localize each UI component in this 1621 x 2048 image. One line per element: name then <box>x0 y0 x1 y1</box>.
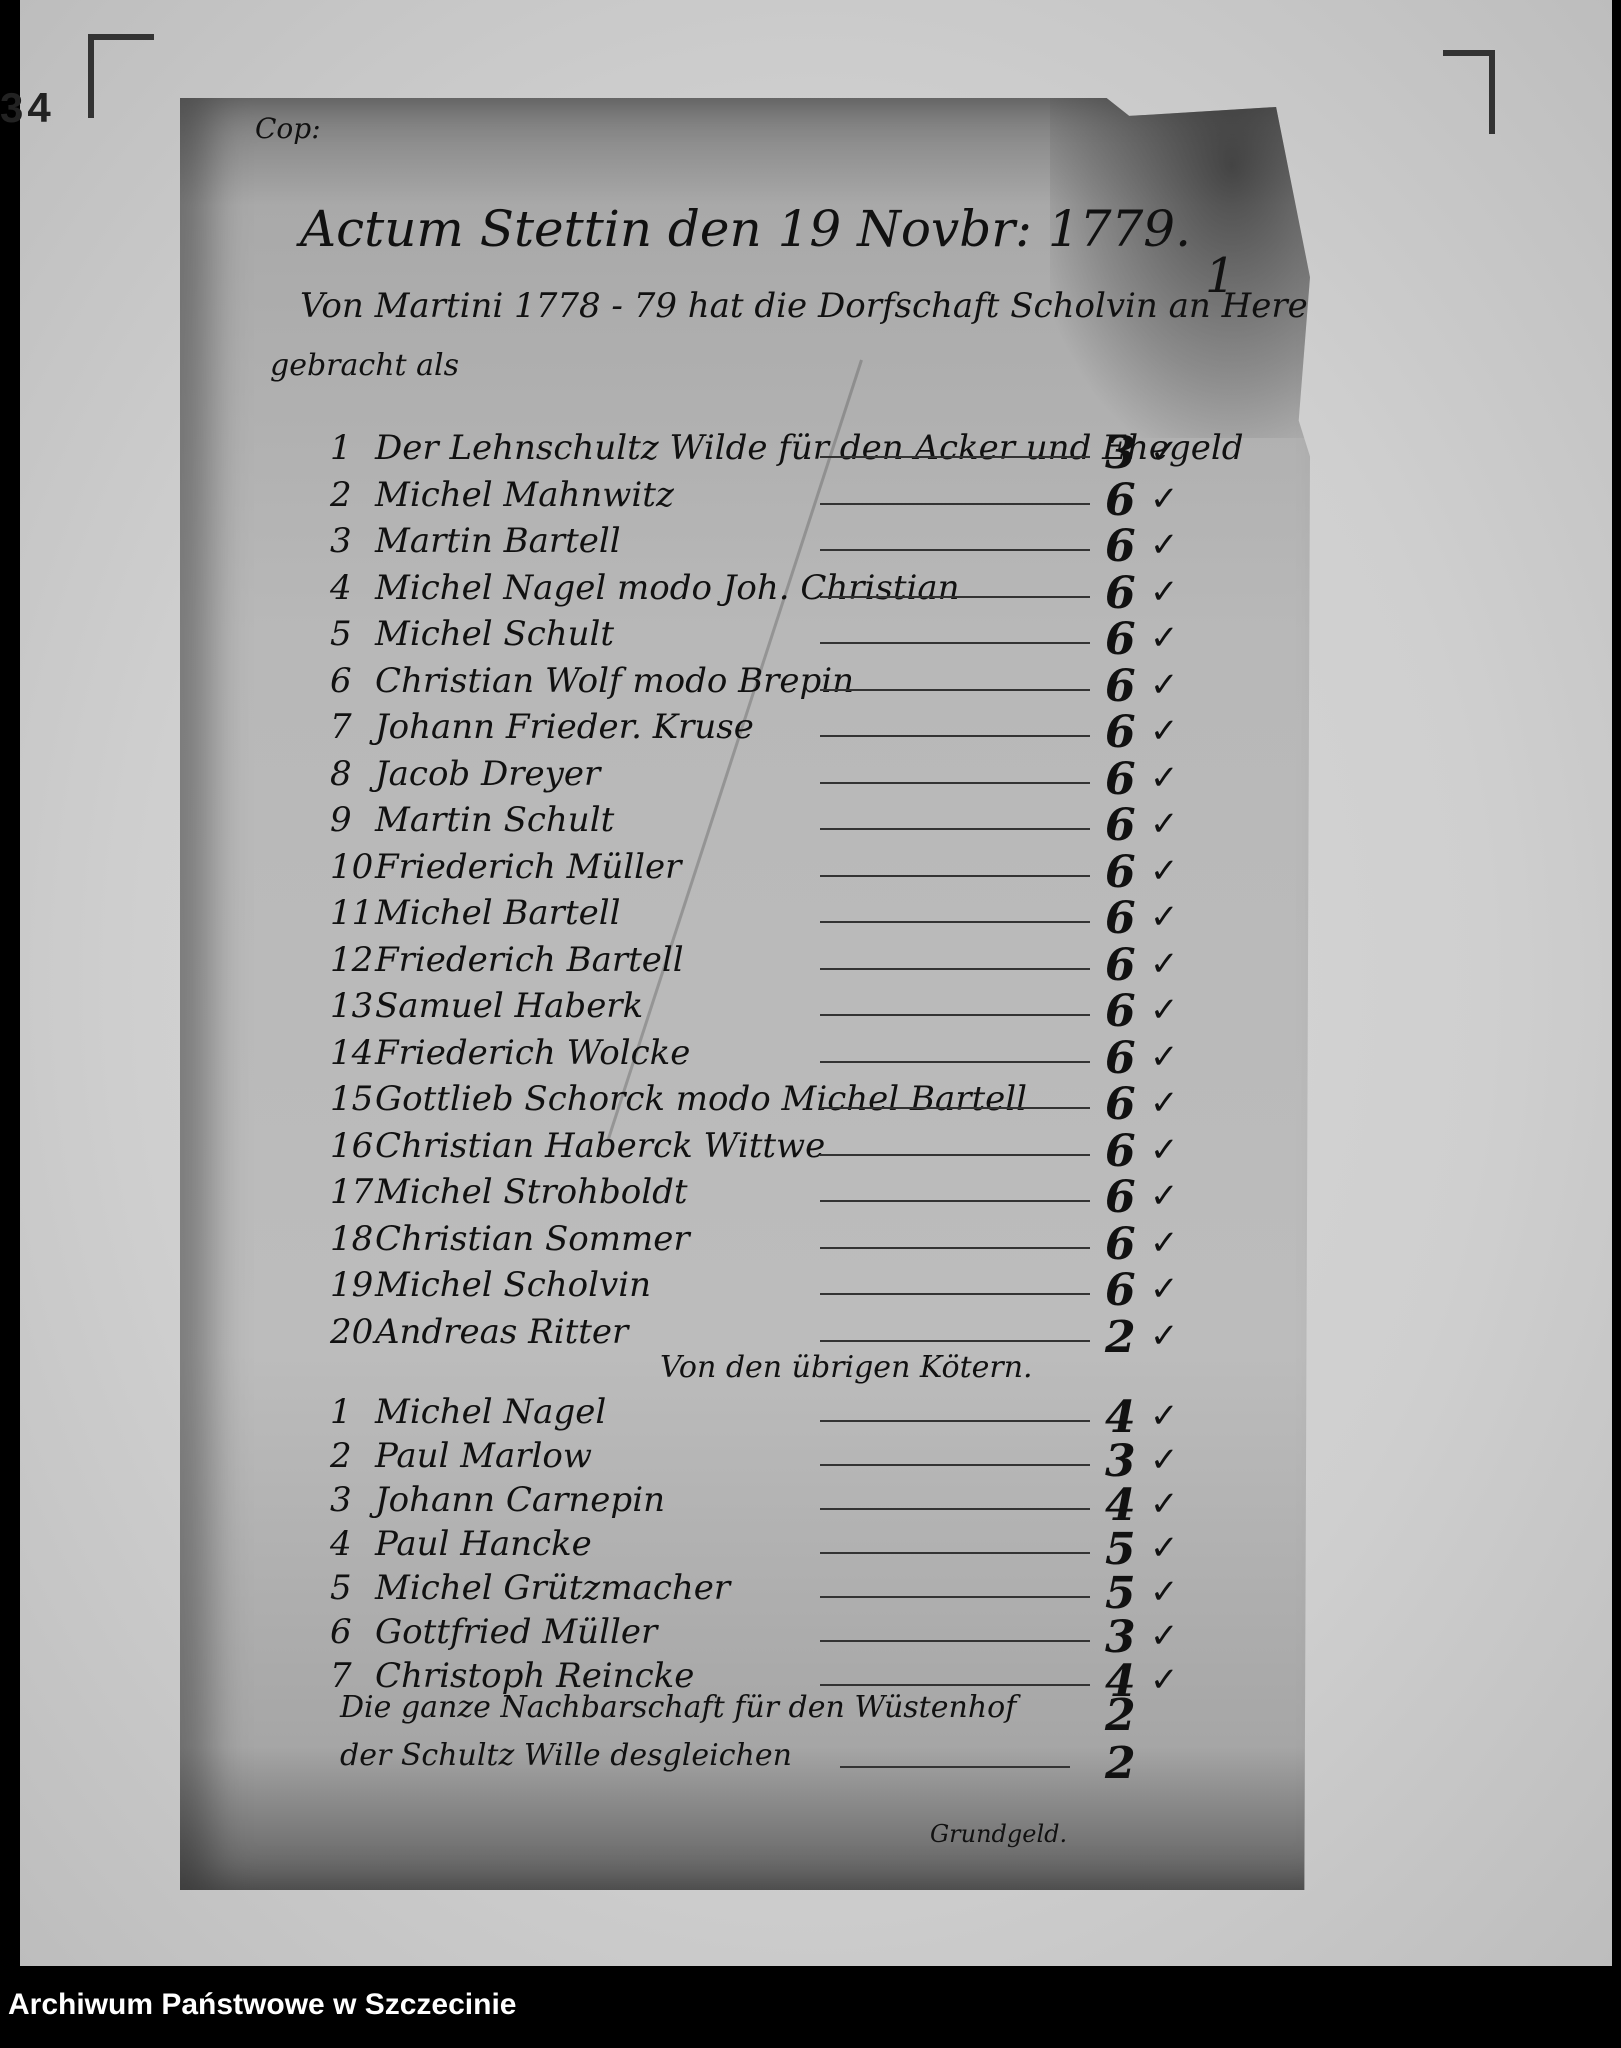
check-mark-icon: ✓ <box>1150 1316 1179 1356</box>
leader-line <box>820 1247 1090 1249</box>
table-row: 6Gottfried Müller3✓ <box>0 1612 1621 1658</box>
check-mark-icon: ✓ <box>1150 1176 1179 1216</box>
entry-number: 18 <box>330 1219 373 1259</box>
entry-number: 8 <box>330 754 352 794</box>
entry-name: Johann Frieder. Kruse <box>375 707 754 747</box>
entry-amount: 6 <box>1105 1033 1136 1084</box>
table-row: 5Michel Grützmacher5✓ <box>0 1568 1621 1614</box>
entry-name: Paul Hancke <box>375 1524 592 1564</box>
leader-line <box>820 549 1090 551</box>
leader-line <box>820 968 1090 970</box>
entry-name: Christian Sommer <box>375 1219 690 1259</box>
check-mark-icon: ✓ <box>1150 1396 1179 1436</box>
table-row: 15Gottlieb Schorck modo Michel Bartell6✓ <box>0 1079 1621 1125</box>
entry-amount: 6 <box>1105 661 1136 712</box>
entry-number: 10 <box>330 847 373 887</box>
leader-line <box>820 1464 1090 1466</box>
entry-number: 6 <box>330 661 352 701</box>
check-mark-icon: ✓ <box>1150 479 1179 519</box>
table-row: 14Friederich Wolcke6✓ <box>0 1033 1621 1079</box>
entry-name: Michel Strohboldt <box>375 1172 688 1212</box>
entry-number: 20 <box>330 1312 373 1352</box>
entry-name: Andreas Ritter <box>375 1312 628 1352</box>
entry-amount: 3 <box>1105 428 1136 479</box>
entry-name: Martin Schult <box>375 800 614 840</box>
leader-line <box>820 921 1090 923</box>
leader-line <box>820 689 1090 691</box>
entry-number: 2 <box>330 1436 352 1476</box>
leader-line <box>820 503 1090 505</box>
entry-number: 5 <box>330 1568 352 1608</box>
entry-name: Friederich Müller <box>375 847 681 887</box>
table-row: 18Christian Sommer6✓ <box>0 1219 1621 1265</box>
section-heading: Von den übrigen Kötern. <box>660 1350 1033 1385</box>
entry-number: 5 <box>330 614 352 654</box>
entry-number: 11 <box>330 893 373 933</box>
entry-amount: 6 <box>1105 568 1136 619</box>
table-row: 5Michel Schult6✓ <box>0 614 1621 660</box>
entry-name: Michel Scholvin <box>375 1265 651 1305</box>
leader-line <box>820 1340 1090 1342</box>
entry-amount: 6 <box>1105 847 1136 898</box>
table-row: 13Samuel Haberk6✓ <box>0 986 1621 1032</box>
leader-line <box>820 1640 1090 1642</box>
entry-number: 3 <box>330 521 352 561</box>
leader-line <box>820 456 1090 458</box>
entry-name: Michel Nagel <box>375 1392 606 1432</box>
entry-amount: 6 <box>1105 800 1136 851</box>
entry-name: Michel Bartell <box>375 893 620 933</box>
leader-line <box>820 1107 1090 1109</box>
entry-number: 4 <box>330 568 352 608</box>
check-mark-icon: ✓ <box>1150 618 1179 658</box>
table-row: 9Martin Schult6✓ <box>0 800 1621 846</box>
leader-line <box>820 1293 1090 1295</box>
check-mark-icon: ✓ <box>1150 1528 1179 1568</box>
entry-amount: 6 <box>1105 1079 1136 1130</box>
entry-amount: 6 <box>1105 1126 1136 1177</box>
entry-number: 12 <box>330 940 373 980</box>
check-mark-icon: ✓ <box>1150 1484 1179 1524</box>
check-mark-icon: ✓ <box>1150 525 1179 565</box>
entry-name: Johann Carnepin <box>375 1480 665 1520</box>
entry-amount: 6 <box>1105 986 1136 1037</box>
table-row: 7Johann Frieder. Kruse6✓ <box>0 707 1621 753</box>
table-row: 2Michel Mahnwitz6✓ <box>0 475 1621 521</box>
check-mark-icon: ✓ <box>1150 572 1179 612</box>
entry-amount: 6 <box>1105 475 1136 526</box>
check-mark-icon: ✓ <box>1150 897 1179 937</box>
entry-number: 4 <box>330 1524 352 1564</box>
table-row: 11Michel Bartell6✓ <box>0 893 1621 939</box>
closing-amount: 2 <box>1105 1738 1136 1789</box>
entry-amount: 6 <box>1105 1172 1136 1223</box>
entry-number: 2 <box>330 475 352 515</box>
check-mark-icon: ✓ <box>1150 758 1179 798</box>
intro-line-2: gebracht als <box>270 348 459 383</box>
closing-row-2: der Schultz Wille desgleichen 2 <box>0 1738 1621 1784</box>
archive-caption: Archiwum Państwowe w Szczecinie <box>8 1988 516 2022</box>
entry-number: 1 <box>330 428 352 468</box>
table-row: 6Christian Wolf modo Brepin6✓ <box>0 661 1621 707</box>
closing-text: der Schultz Wille desgleichen <box>340 1738 792 1773</box>
entry-number: 1 <box>330 1392 352 1432</box>
entry-name: Friederich Bartell <box>375 940 684 980</box>
entry-name: Michel Mahnwitz <box>375 475 674 515</box>
entry-number: 6 <box>330 1612 352 1652</box>
leader-line <box>820 1596 1090 1598</box>
entry-number: 13 <box>330 986 373 1026</box>
leader-line <box>820 1508 1090 1510</box>
check-mark-icon: ✓ <box>1150 665 1179 705</box>
table-row: 17Michel Strohboldt6✓ <box>0 1172 1621 1218</box>
frame-number: 34 <box>0 84 55 132</box>
entry-name: Martin Bartell <box>375 521 621 561</box>
document-title: Actum Stettin den 19 Novbr: 1779. <box>300 200 1191 258</box>
table-row: 10Friederich Müller6✓ <box>0 847 1621 893</box>
leader-line <box>820 735 1090 737</box>
leader-line <box>820 1420 1090 1422</box>
entry-number: 15 <box>330 1079 373 1119</box>
check-mark-icon: ✓ <box>1150 944 1179 984</box>
entry-number: 14 <box>330 1033 373 1073</box>
leader-line <box>820 875 1090 877</box>
leader-line <box>820 1154 1090 1156</box>
crop-mark-top-right-icon <box>1443 50 1495 134</box>
check-mark-icon: ✓ <box>1150 432 1179 472</box>
closing-text: Die ganze Nachbarschaft für den Wüstenho… <box>340 1690 1016 1725</box>
table-row: 3Martin Bartell6✓ <box>0 521 1621 567</box>
entry-name: Michel Schult <box>375 614 614 654</box>
entry-number: 19 <box>330 1265 373 1305</box>
entry-name: Samuel Haberk <box>375 986 643 1026</box>
table-row: 8Jacob Dreyer6✓ <box>0 754 1621 800</box>
entry-name: Gottfried Müller <box>375 1612 657 1652</box>
leader-line <box>820 1061 1090 1063</box>
entry-amount: 6 <box>1105 893 1136 944</box>
check-mark-icon: ✓ <box>1150 1130 1179 1170</box>
table-row: 4Paul Hancke5✓ <box>0 1524 1621 1570</box>
check-mark-icon: ✓ <box>1150 804 1179 844</box>
entry-amount: 6 <box>1105 1219 1136 1270</box>
table-row: 3Johann Carnepin4✓ <box>0 1480 1621 1526</box>
crop-mark-top-left-icon <box>88 34 154 118</box>
entry-amount: 6 <box>1105 940 1136 991</box>
check-mark-icon: ✓ <box>1150 990 1179 1030</box>
copy-annotation: Cop: <box>255 112 321 145</box>
entry-number: 9 <box>330 800 352 840</box>
check-mark-icon: ✓ <box>1150 851 1179 891</box>
check-mark-icon: ✓ <box>1150 1223 1179 1263</box>
leader-line <box>820 596 1090 598</box>
entry-amount: 6 <box>1105 754 1136 805</box>
entry-name: Friederich Wolcke <box>375 1033 690 1073</box>
table-row: 19Michel Scholvin6✓ <box>0 1265 1621 1311</box>
entry-name: Gottlieb Schorck modo Michel Bartell <box>375 1079 1027 1119</box>
entry-amount: 6 <box>1105 1265 1136 1316</box>
leader-line <box>820 642 1090 644</box>
table-row: 16Christian Haberck Wittwe6✓ <box>0 1126 1621 1172</box>
check-mark-icon: ✓ <box>1150 1037 1179 1077</box>
footer-note: Grundgeld. <box>930 1820 1067 1848</box>
entry-number: 3 <box>330 1480 352 1520</box>
closing-row-1: Die ganze Nachbarschaft für den Wüstenho… <box>0 1690 1621 1736</box>
leader-line <box>820 828 1090 830</box>
check-mark-icon: ✓ <box>1150 1572 1179 1612</box>
table-row: 2Paul Marlow3✓ <box>0 1436 1621 1482</box>
leader-line <box>820 1014 1090 1016</box>
entry-name: Christian Haberck Wittwe <box>375 1126 825 1166</box>
entry-amount: 6 <box>1105 521 1136 572</box>
entry-name: Paul Marlow <box>375 1436 592 1476</box>
check-mark-icon: ✓ <box>1150 711 1179 751</box>
entry-amount: 2 <box>1105 1312 1136 1363</box>
table-row: 12Friederich Bartell6✓ <box>0 940 1621 986</box>
leader-line <box>820 1684 1090 1686</box>
check-mark-icon: ✓ <box>1150 1616 1179 1656</box>
check-mark-icon: ✓ <box>1150 1269 1179 1309</box>
table-row: 1Michel Nagel4✓ <box>0 1392 1621 1438</box>
leader-line <box>820 1200 1090 1202</box>
entry-number: 17 <box>330 1172 373 1212</box>
check-mark-icon: ✓ <box>1150 1083 1179 1123</box>
entry-amount: 6 <box>1105 707 1136 758</box>
entry-amount: 6 <box>1105 614 1136 665</box>
intro-line-1: Von Martini 1778 - 79 hat die Dorfschaft… <box>300 286 1308 326</box>
leader-line <box>840 1766 1070 1768</box>
table-row: 4Michel Nagel modo Joh. Christian6✓ <box>0 568 1621 614</box>
entry-name: Michel Grützmacher <box>375 1568 730 1608</box>
entry-name: Christian Wolf modo Brepin <box>375 661 854 701</box>
entry-number: 7 <box>330 707 352 747</box>
leader-line <box>820 1552 1090 1554</box>
entry-name: Michel Nagel modo Joh. Christian <box>375 568 960 608</box>
entry-number: 16 <box>330 1126 373 1166</box>
closing-amount: 2 <box>1105 1690 1136 1741</box>
leader-line <box>820 782 1090 784</box>
table-row: 1Der Lehnschultz Wilde für den Acker und… <box>0 428 1621 474</box>
check-mark-icon: ✓ <box>1150 1440 1179 1480</box>
entry-name: Jacob Dreyer <box>375 754 600 794</box>
